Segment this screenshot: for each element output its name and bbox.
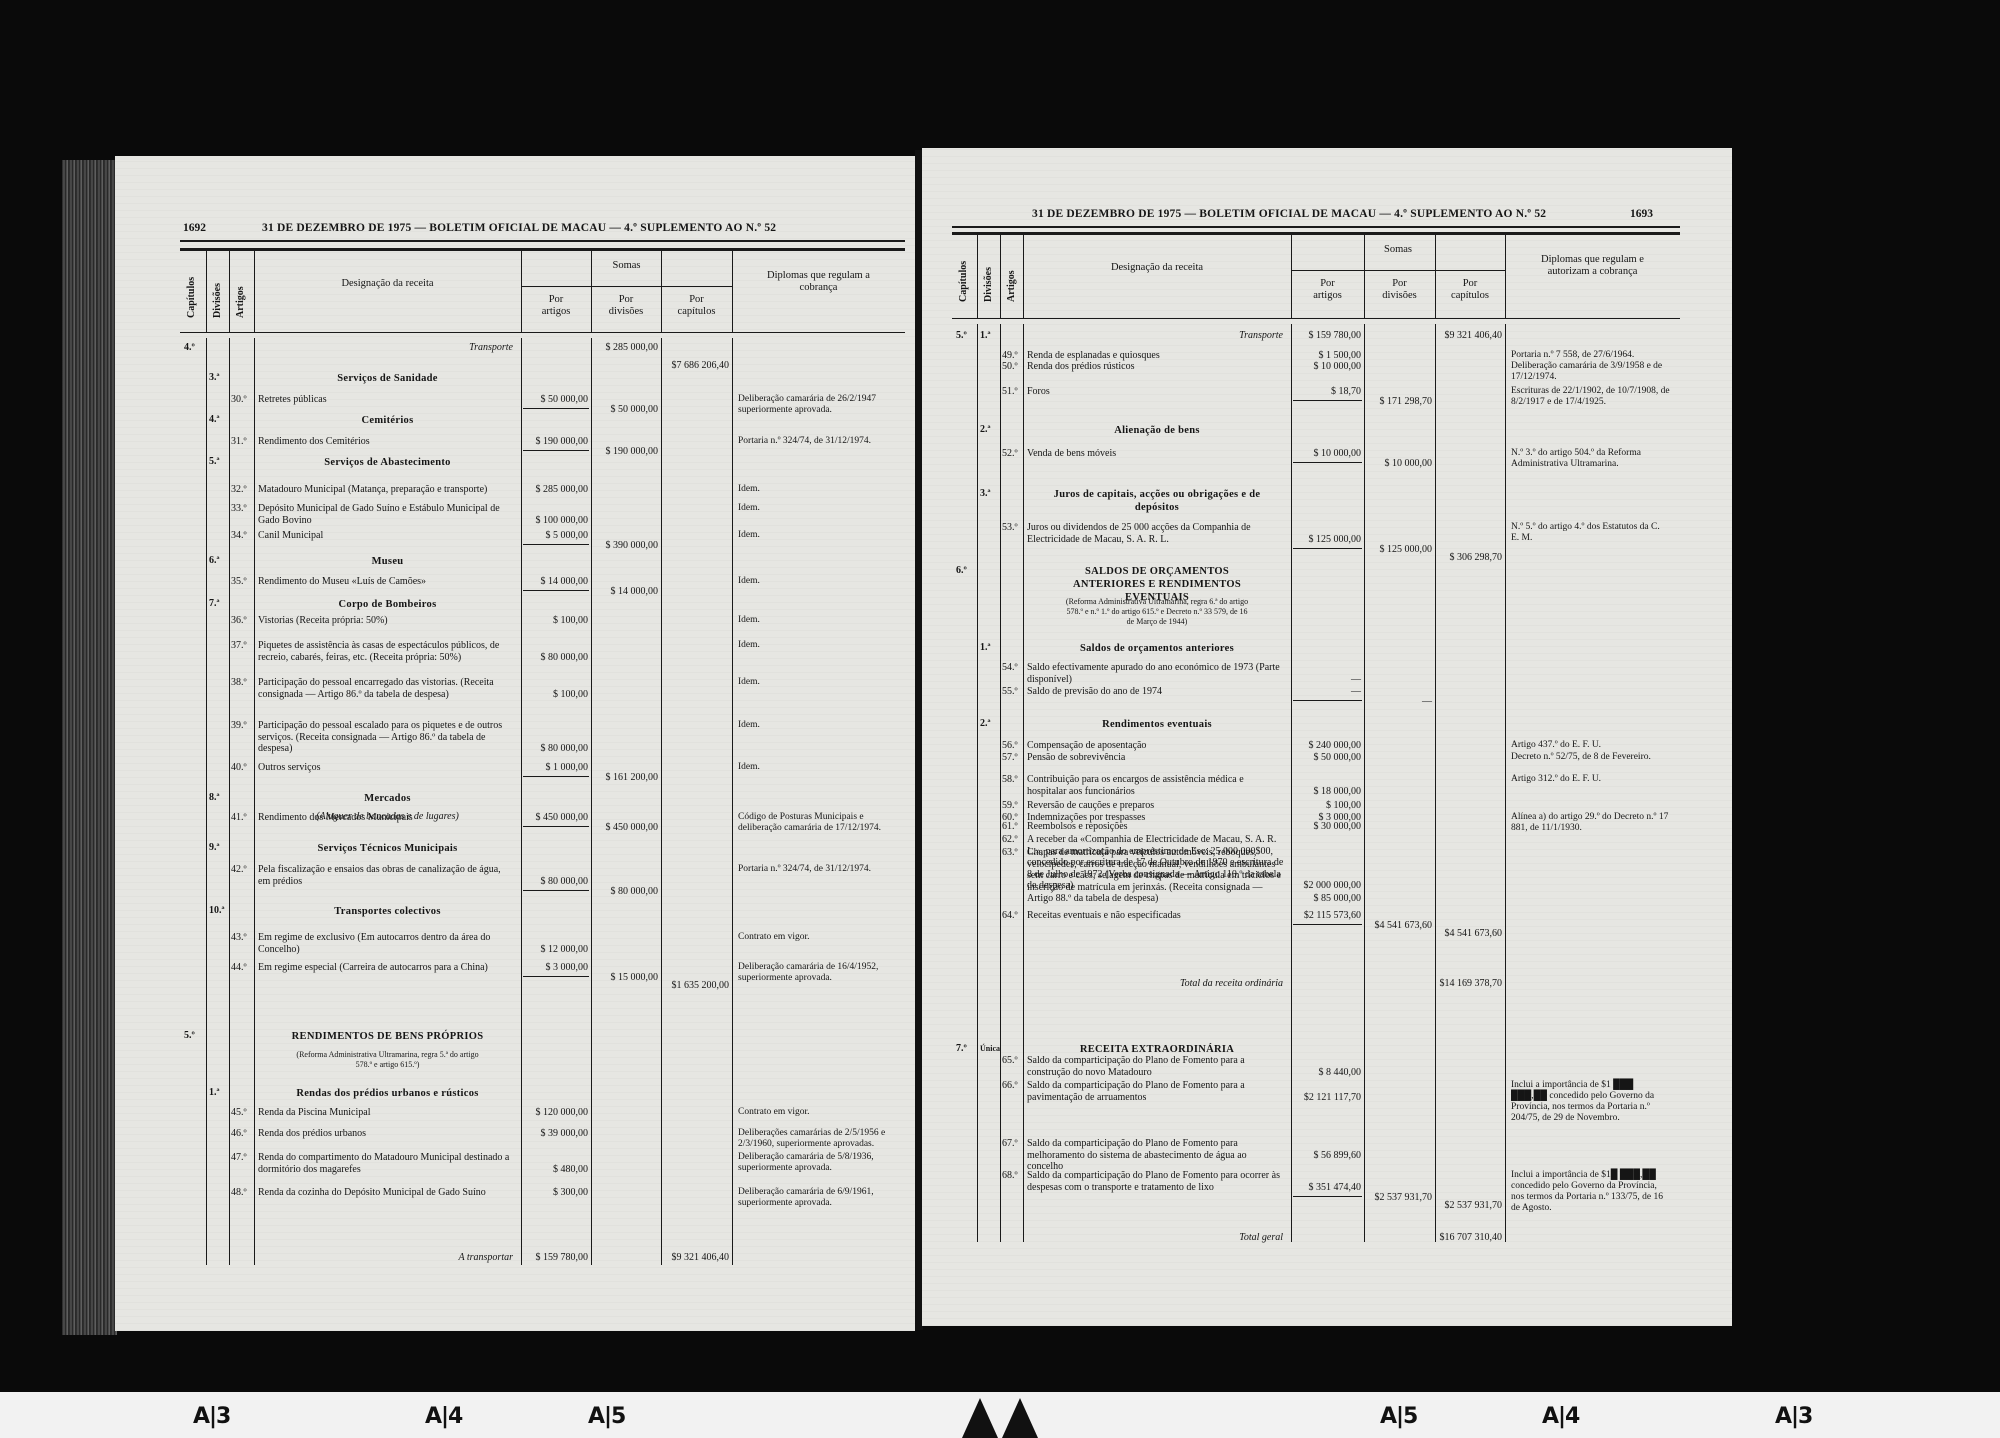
- revenue-description: Compensação de aposentação: [1027, 740, 1285, 752]
- article-number: 35.º: [231, 576, 247, 588]
- diploma-reference: Idem.: [738, 762, 895, 773]
- head-rule: [180, 240, 905, 242]
- header-artigos: Artigos: [1006, 252, 1017, 302]
- header-designacao: Designação da receita: [254, 278, 521, 290]
- amount-por-artigos: $ 12 000,00: [524, 944, 588, 956]
- amount-por-artigos: $ 80 000,00: [524, 652, 588, 664]
- subtotal-rule: [523, 544, 589, 545]
- article-number: 66.º: [1002, 1080, 1018, 1092]
- film-mark: A|3: [1775, 1404, 1812, 1429]
- revenue-description: Rendimento do Museu «Luís de Camões»: [258, 576, 515, 588]
- division-number: 3.ª: [209, 372, 220, 384]
- somas-rule: [521, 286, 732, 287]
- article-number: 45.º: [231, 1107, 247, 1119]
- article-number: 58.º: [1002, 774, 1018, 786]
- division-number: 2.ª: [980, 718, 991, 730]
- diploma-reference: Idem.: [738, 576, 895, 587]
- amount-por-artigos: —: [1294, 686, 1361, 698]
- amount-por-artigos: $ 285 000,00: [524, 484, 588, 496]
- revenue-description: Renda dos prédios rústicos: [1027, 361, 1285, 373]
- diploma-reference: Artigo 437.º do E. F. U.: [1511, 740, 1670, 751]
- diploma-reference: Contrato em vigor.: [738, 932, 895, 943]
- header-divisoes: Divisões: [212, 268, 223, 318]
- diploma-reference: Portaria n.º 7 558, de 27/6/1964.: [1511, 350, 1670, 361]
- article-number: 61.º: [1002, 821, 1018, 833]
- amount-por-capitulos: $4 541 673,60: [1438, 928, 1502, 940]
- running-head: 31 DE DEZEMBRO DE 1975 — BOLETIM OFICIAL…: [262, 222, 776, 234]
- division-number: 9.ª: [209, 842, 220, 854]
- division-number: 3.ª: [980, 488, 991, 500]
- amount-por-divisoes: $ 171 298,70: [1367, 396, 1432, 408]
- film-mark: A|5: [588, 1404, 625, 1429]
- diploma-reference: Alínea a) do artigo 29.º do Decreto n.º …: [1511, 812, 1670, 834]
- header-diplomas: Diplomas que regulam a cobrança: [732, 270, 905, 294]
- article-number: 68.º: [1002, 1170, 1018, 1182]
- diploma-reference: Escrituras de 22/1/1902, de 10/7/1908, d…: [1511, 386, 1670, 408]
- article-number: 33.º: [231, 503, 247, 515]
- total-label: A transportar: [254, 1252, 513, 1264]
- chapter-number: 6.º: [956, 565, 967, 577]
- diploma-reference: N.º 5.º do artigo 4.º dos Estatutos da C…: [1511, 522, 1670, 544]
- diploma-reference: Deliberação camarária de 5/8/1936, super…: [738, 1152, 895, 1174]
- amount-por-artigos: $ 1 000,00: [524, 762, 588, 774]
- header-artigos: Artigos: [235, 268, 246, 318]
- division-number: 1.ª: [980, 642, 991, 654]
- revenue-description: Saldo de previsão do ano de 1974: [1027, 686, 1285, 698]
- revenue-description: Renda do compartimento do Matadouro Muni…: [258, 1152, 515, 1175]
- page-number: 1693: [1630, 208, 1653, 220]
- diploma-reference: Inclui a importância de $1█ ███,██ conce…: [1511, 1170, 1670, 1214]
- film-strip: [0, 1392, 2000, 1438]
- article-number: 48.º: [231, 1187, 247, 1199]
- amount-por-capitulos: $14 169 378,70: [1438, 978, 1502, 990]
- header-por-capitulos: Por capítulos: [661, 294, 732, 318]
- revenue-description: Em regime especial (Carreira de autocarr…: [258, 962, 515, 974]
- revenue-description: Foros: [1027, 386, 1285, 398]
- article-number: 37.º: [231, 640, 247, 652]
- revenue-description: Saldo da comparticipação do Plano de Fom…: [1027, 1055, 1285, 1078]
- amount-por-artigos: $ 10 000,00: [1294, 361, 1361, 373]
- column-rule: [1505, 324, 1506, 1242]
- diploma-reference: Portaria n.º 324/74, de 31/12/1974.: [738, 864, 895, 875]
- section-title: Saldos de orçamentos anteriores: [1023, 642, 1291, 655]
- header-bottom-rule: [180, 332, 905, 333]
- film-mark: A|4: [425, 1404, 462, 1429]
- section-note: (Reforma Administrativa Ultramarina, reg…: [254, 1050, 521, 1070]
- somas-rule: [1291, 270, 1505, 271]
- revenue-description: Saldo da comparticipação do Plano de Fom…: [1027, 1080, 1285, 1103]
- revenue-description: Participação do pessoal encarregado das …: [258, 677, 515, 700]
- header-divisoes: Divisões: [983, 252, 994, 302]
- article-number: 47.º: [231, 1152, 247, 1164]
- table-top-rule: [180, 248, 905, 251]
- division-number: 5.ª: [209, 456, 220, 468]
- total-label: Total da receita ordinária: [1023, 978, 1283, 990]
- subtotal-rule: [1293, 924, 1362, 925]
- amount-por-divisoes: $4 541 673,60: [1367, 920, 1432, 932]
- section-title: Corpo de Bombeiros: [254, 598, 521, 611]
- revenue-description: Venda de bens móveis: [1027, 448, 1285, 460]
- subtotal-rule: [1293, 462, 1362, 463]
- article-number: 59.º: [1002, 800, 1018, 812]
- header-por-capitulos: Por capítulos: [1435, 278, 1505, 302]
- center-arrow-left: [962, 1398, 998, 1438]
- revenue-description: Receitas eventuais e não especificadas: [1027, 910, 1285, 922]
- revenue-description: Saldo da comparticipação do Plano de Fom…: [1027, 1138, 1285, 1173]
- header-diplomas: Diplomas que regulam e autorizam a cobra…: [1505, 254, 1680, 278]
- diploma-reference: Deliberação camarária de 3/9/1958 e de 1…: [1511, 361, 1670, 383]
- division-number: Única: [980, 1043, 1000, 1055]
- subtotal-rule: [523, 776, 589, 777]
- film-mark: A|5: [1380, 1404, 1417, 1429]
- article-number: 46.º: [231, 1128, 247, 1140]
- diploma-reference: Idem.: [738, 484, 895, 495]
- revenue-description: Em regime de exclusivo (Em autocarros de…: [258, 932, 515, 955]
- amount-por-divisoes: $ 15 000,00: [594, 972, 658, 984]
- header-somas: Somas: [521, 260, 732, 272]
- diploma-reference: Deliberações camarárias de 2/5/1956 e 2/…: [738, 1128, 895, 1150]
- section-title: Serviços Técnicos Municipais: [254, 842, 521, 855]
- section-title: Museu: [254, 555, 521, 568]
- section-title: Serviços de Sanidade: [254, 372, 521, 385]
- article-number: 50.º: [1002, 361, 1018, 373]
- center-arrow-right: [1002, 1398, 1038, 1438]
- article-number: 43.º: [231, 932, 247, 944]
- film-mark: A|3: [193, 1404, 230, 1429]
- revenue-description: Saldo da comparticipação do Plano de Fom…: [1027, 1170, 1285, 1193]
- column-rule: [1364, 324, 1365, 1242]
- diploma-reference: Inclui a importância de $1 ███ ███,██ co…: [1511, 1080, 1670, 1124]
- article-number: 64.º: [1002, 910, 1018, 922]
- diploma-reference: Código de Posturas Municipais e delibera…: [738, 812, 895, 834]
- section-title: Rendas dos prédios urbanos e rústicos: [254, 1087, 521, 1100]
- revenue-description: Reversão de cauções e preparos: [1027, 800, 1285, 812]
- subtotal-rule: [1293, 1196, 1362, 1197]
- subtotal-rule: [523, 590, 589, 591]
- division-number: 1.ª: [209, 1087, 220, 1099]
- diploma-reference: Deliberação camarária de 6/9/1961, super…: [738, 1187, 895, 1209]
- header-capitulos: Capítulos: [186, 268, 197, 318]
- subtotal-rule: [523, 976, 589, 977]
- diploma-reference: Deliberação camarária de 16/4/1952, supe…: [738, 962, 895, 984]
- diploma-reference: Idem.: [738, 720, 895, 731]
- amount-por-capitulos: $16 707 310,40: [1438, 1232, 1502, 1244]
- amount-por-artigos: $ 50 000,00: [1294, 752, 1361, 764]
- section-title: Mercados: [254, 792, 521, 805]
- article-number: 31.º: [231, 436, 247, 448]
- amount-por-artigos: $ 159 780,00: [524, 1252, 588, 1264]
- revenue-description: Pela fiscalização e ensaios das obras de…: [258, 864, 515, 887]
- amount-por-artigos: $2 000 000,00: [1294, 880, 1361, 892]
- film-mark: A|4: [1542, 1404, 1579, 1429]
- revenue-description: Renda dos prédios urbanos: [258, 1128, 515, 1140]
- revenue-description: Canil Municipal: [258, 530, 515, 542]
- column-rule: [229, 338, 230, 1265]
- revenue-description: Contribuição para os encargos de assistê…: [1027, 774, 1285, 797]
- chapter-number: 7.º: [956, 1043, 967, 1055]
- amount-por-artigos: $2 115 573,60: [1294, 910, 1361, 922]
- amount-por-artigos: $ 18 000,00: [1294, 786, 1361, 798]
- revenue-description: Renda da Piscina Municipal: [258, 1107, 515, 1119]
- article-number: 34.º: [231, 530, 247, 542]
- amount-por-artigos: $ 14 000,00: [524, 576, 588, 588]
- diploma-reference: Idem.: [738, 677, 895, 688]
- article-number: 44.º: [231, 962, 247, 974]
- revenue-description: Retretes públicas: [258, 394, 515, 406]
- article-number: 62.º: [1002, 834, 1018, 846]
- revenue-description: Renda da cozinha do Depósito Municipal d…: [258, 1187, 515, 1199]
- column-rule: [1000, 235, 1001, 318]
- division-number: 1.ª: [980, 330, 991, 342]
- amount-por-artigos: $ 100,00: [1294, 800, 1361, 812]
- diploma-reference: Contrato em vigor.: [738, 1107, 895, 1118]
- article-number: 32.º: [231, 484, 247, 496]
- article-number: 30.º: [231, 394, 247, 406]
- revenue-description: Renda de esplanadas e quiosques: [1027, 350, 1285, 362]
- column-rule: [521, 338, 522, 1265]
- revenue-description: Depósito Municipal de Gado Suíno e Estáb…: [258, 503, 515, 526]
- article-number: 42.º: [231, 864, 247, 876]
- running-head: 31 DE DEZEMBRO DE 1975 — BOLETIM OFICIAL…: [1032, 208, 1546, 220]
- revenue-description: Matadouro Municipal (Matança, preparação…: [258, 484, 515, 496]
- amount-por-artigos: $ 351 474,40: [1294, 1182, 1361, 1194]
- amount-por-artigos: $ 50 000,00: [524, 394, 588, 406]
- chapter-number: 4.º: [184, 342, 195, 354]
- amount-por-artigos: $ 480,00: [524, 1164, 588, 1176]
- division-number: 8.ª: [209, 792, 220, 804]
- article-number: 53.º: [1002, 522, 1018, 534]
- amount-por-divisoes: $ 285 000,00: [594, 342, 658, 354]
- table-top-rule: [952, 232, 1680, 235]
- article-number: 65.º: [1002, 1055, 1018, 1067]
- article-number: 49.º: [1002, 350, 1018, 362]
- amount-por-artigos: $ 80 000,00: [524, 743, 588, 755]
- section-title: Rendimentos eventuais: [1023, 718, 1291, 731]
- amount-por-artigos: $ 1 500,00: [1294, 350, 1361, 362]
- header-designacao: Designação da receita: [1023, 262, 1291, 274]
- revenue-description: Rendimento dos Cemitérios: [258, 436, 515, 448]
- amount-por-artigos: $ 100 000,00: [524, 515, 588, 527]
- division-number: 7.ª: [209, 598, 220, 610]
- column-rule: [254, 251, 255, 332]
- article-number: 67.º: [1002, 1138, 1018, 1150]
- article-number: 41.º: [231, 812, 247, 824]
- total-label: Transporte: [254, 342, 513, 354]
- article-number: 57.º: [1002, 752, 1018, 764]
- revenue-description: Participação do pessoal escalado para os…: [258, 720, 515, 755]
- division-number: 2.ª: [980, 424, 991, 436]
- amount-por-artigos: $ 190 000,00: [524, 436, 588, 448]
- head-rule: [952, 226, 1680, 228]
- diploma-reference: Portaria n.º 324/74, de 31/12/1974.: [738, 436, 895, 447]
- revenue-description: Chapas de matrícula para veículos automó…: [1027, 847, 1285, 905]
- article-number: 56.º: [1002, 740, 1018, 752]
- column-rule: [206, 251, 207, 332]
- section-title: Cemitérios: [254, 414, 521, 427]
- article-number: 40.º: [231, 762, 247, 774]
- amount-por-divisoes: $ 80 000,00: [594, 886, 658, 898]
- diploma-reference: Idem.: [738, 640, 895, 651]
- amount-por-divisoes: $ 190 000,00: [594, 446, 658, 458]
- article-number: 55.º: [1002, 686, 1018, 698]
- subtotal-rule: [1293, 700, 1362, 701]
- column-rule: [661, 338, 662, 1265]
- page-number: 1692: [183, 222, 206, 234]
- amount-por-artigos: $ 100,00: [524, 689, 588, 701]
- header-por-artigos: Por artigos: [521, 294, 591, 318]
- book-edge: [62, 160, 117, 1335]
- amount-por-artigos: $ 10 000,00: [1294, 448, 1361, 460]
- section-note: (Reforma Administrativa Ultramarina, reg…: [1023, 597, 1291, 627]
- revenue-description: Saldo efectivamente apurado do ano econó…: [1027, 662, 1285, 685]
- amount-por-capitulos: $1 635 200,00: [664, 980, 729, 992]
- amount-por-artigos: $2 121 117,70: [1294, 1092, 1361, 1104]
- amount-por-capitulos: $9 321 406,40: [1438, 330, 1502, 342]
- amount-por-divisoes: $ 161 200,00: [594, 772, 658, 784]
- revenue-description: Outros serviços: [258, 762, 515, 774]
- amount-por-capitulos: $7 686 206,40: [664, 360, 729, 372]
- column-rule: [1435, 324, 1436, 1242]
- amount-por-artigos: $ 3 000,00: [524, 962, 588, 974]
- header-por-divisoes: Por divisões: [591, 294, 661, 318]
- amount-por-artigos: $ 240 000,00: [1294, 740, 1361, 752]
- diploma-reference: Decreto n.º 52/75, de 8 de Fevereiro.: [1511, 752, 1670, 763]
- section-title: Alienação de bens: [1023, 424, 1291, 437]
- amount-por-capitulos: $2 537 931,70: [1438, 1200, 1502, 1212]
- section-title: Juros de capitais, acções ou obrigações …: [1023, 488, 1291, 514]
- amount-por-artigos: $ 39 000,00: [524, 1128, 588, 1140]
- subtotal-rule: [523, 450, 589, 451]
- diploma-reference: Artigo 312.º do E. F. U.: [1511, 774, 1670, 785]
- diploma-reference: Deliberação camarária de 26/2/1947 super…: [738, 394, 895, 416]
- column-rule: [229, 251, 230, 332]
- header-somas: Somas: [1291, 244, 1505, 256]
- header-por-artigos: Por artigos: [1291, 278, 1364, 302]
- amount-por-divisoes: $ 450 000,00: [594, 822, 658, 834]
- column-rule: [977, 324, 978, 1242]
- diploma-reference: Idem.: [738, 530, 895, 541]
- diploma-reference: Idem.: [738, 503, 895, 514]
- amount-por-artigos: $ 125 000,00: [1294, 534, 1361, 546]
- article-number: 51.º: [1002, 386, 1018, 398]
- diploma-reference: Idem.: [738, 615, 895, 626]
- diploma-reference: N.º 3.º do artigo 504.º da Reforma Admin…: [1511, 448, 1670, 470]
- column-rule: [732, 338, 733, 1265]
- amount-por-artigos: $ 120 000,00: [524, 1107, 588, 1119]
- amount-por-artigos: $ 30 000,00: [1294, 821, 1361, 833]
- section-title: Transportes colectivos: [254, 905, 521, 918]
- amount-por-divisoes: $ 50 000,00: [594, 404, 658, 416]
- division-number: 6.ª: [209, 555, 220, 567]
- section-title: RENDIMENTOS DE BENS PRÓPRIOS: [254, 1030, 521, 1043]
- revenue-description: Rendimento dos Mercados Municipais: [258, 812, 515, 824]
- amount-por-divisoes: —: [1367, 696, 1432, 708]
- amount-por-artigos: $ 56 899,60: [1294, 1150, 1361, 1162]
- article-number: 54.º: [1002, 662, 1018, 674]
- total-label: Transporte: [1023, 330, 1283, 342]
- total-label: Total geral: [1023, 1232, 1283, 1244]
- subtotal-rule: [1293, 400, 1362, 401]
- amount-por-artigos: $ 80 000,00: [524, 876, 588, 888]
- revenue-description: Pensão de sobrevivência: [1027, 752, 1285, 764]
- subtotal-rule: [523, 890, 589, 891]
- article-number: 36.º: [231, 615, 247, 627]
- amount-por-divisoes: $ 10 000,00: [1367, 458, 1432, 470]
- column-rule: [206, 338, 207, 1265]
- header-capitulos: Capítulos: [958, 252, 969, 302]
- revenue-description: Vistorias (Receita própria: 50%): [258, 615, 515, 627]
- amount-por-artigos: $ 159 780,00: [1294, 330, 1361, 342]
- article-number: 52.º: [1002, 448, 1018, 460]
- article-number: 63.º: [1002, 847, 1018, 859]
- revenue-description: Piquetes de assistência às casas de espe…: [258, 640, 515, 663]
- amount-por-divisoes: $ 125 000,00: [1367, 544, 1432, 556]
- division-number: 4.ª: [209, 414, 220, 426]
- amount-por-artigos: $ 85 000,00: [1294, 893, 1361, 905]
- amount-por-artigos: $ 450 000,00: [524, 812, 588, 824]
- division-number: 10.ª: [209, 905, 225, 917]
- revenue-description: Juros ou dividendos de 25 000 acções da …: [1027, 522, 1285, 545]
- revenue-description: Reembolsos e reposições: [1027, 821, 1285, 833]
- article-number: 39.º: [231, 720, 247, 732]
- column-rule: [591, 338, 592, 1265]
- amount-por-divisoes: $2 537 931,70: [1367, 1192, 1432, 1204]
- amount-por-artigos: $ 18,70: [1294, 386, 1361, 398]
- amount-por-capitulos: $ 306 298,70: [1438, 552, 1502, 564]
- amount-por-artigos: —: [1294, 674, 1361, 686]
- subtotal-rule: [1293, 548, 1362, 549]
- amount-por-artigos: $ 300,00: [524, 1187, 588, 1199]
- amount-por-artigos: $ 8 440,00: [1294, 1067, 1361, 1079]
- column-rule: [1023, 235, 1024, 318]
- section-title: Serviços de Abastecimento: [254, 456, 521, 469]
- header-bottom-rule: [952, 318, 1680, 319]
- header-por-divisoes: Por divisões: [1364, 278, 1435, 302]
- amount-por-divisoes: $ 14 000,00: [594, 586, 658, 598]
- article-number: 38.º: [231, 677, 247, 689]
- column-rule: [1023, 324, 1024, 1242]
- chapter-number: 5.º: [956, 330, 967, 342]
- subtotal-rule: [523, 826, 589, 827]
- column-rule: [977, 235, 978, 318]
- amount-por-artigos: $ 5 000,00: [524, 530, 588, 542]
- chapter-number: 5.º: [184, 1030, 195, 1042]
- amount-por-capitulos: $9 321 406,40: [664, 1252, 729, 1264]
- subtotal-rule: [523, 408, 589, 409]
- amount-por-artigos: $ 100,00: [524, 615, 588, 627]
- amount-por-divisoes: $ 390 000,00: [594, 540, 658, 552]
